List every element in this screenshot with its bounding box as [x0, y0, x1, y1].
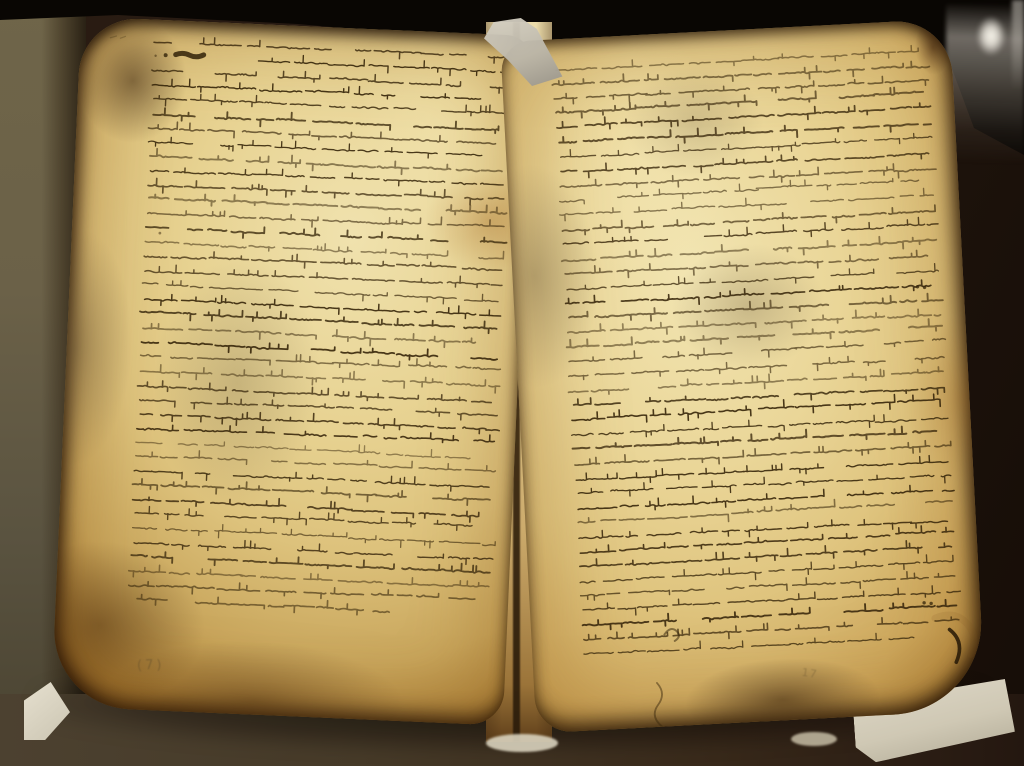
support-peek-bottom-right — [791, 732, 837, 746]
text-line — [154, 35, 512, 64]
text-line — [142, 279, 498, 307]
text-line — [562, 204, 935, 237]
text-line — [145, 236, 504, 262]
text-line — [132, 477, 490, 507]
text-line — [567, 263, 939, 295]
text-line — [137, 592, 390, 616]
text-line — [128, 564, 489, 592]
text-line — [569, 292, 943, 325]
ink-mark — [922, 601, 926, 605]
text-line — [258, 54, 511, 78]
left-page-handwritten-text — [51, 16, 533, 725]
ink-mark — [176, 53, 204, 57]
text-line — [575, 438, 952, 472]
support-peek-gutter-bottom — [486, 734, 558, 752]
right-folio-pencil-mark: 17 — [801, 666, 819, 681]
ink-mark — [950, 629, 961, 662]
light-reflection-spot — [976, 16, 1006, 56]
left-folio-pencil-mark: (7) — [137, 658, 165, 674]
ink-mark — [158, 232, 161, 235]
text-line — [136, 448, 496, 475]
ink-mark — [653, 683, 668, 734]
text-line — [579, 539, 951, 572]
text-line — [582, 599, 956, 631]
text-line — [137, 380, 491, 406]
text-line — [559, 116, 931, 149]
text-line — [578, 467, 951, 502]
text-line — [584, 630, 914, 656]
text-line — [154, 91, 512, 121]
text-line — [129, 578, 476, 606]
ink-mark — [110, 36, 125, 39]
text-line — [139, 394, 497, 422]
text-line — [584, 613, 960, 646]
text-line — [579, 512, 948, 545]
text-line — [140, 347, 500, 375]
ink-mark — [929, 602, 933, 606]
text-line — [148, 135, 482, 162]
text-line — [568, 351, 944, 383]
text-line — [140, 406, 500, 437]
text-line — [152, 65, 513, 94]
text-line — [148, 121, 496, 149]
text-line — [149, 191, 507, 219]
text-line — [583, 584, 961, 617]
left-page: (7) — [51, 16, 533, 725]
ink-mark — [164, 53, 168, 57]
text-line — [556, 86, 924, 119]
text-line — [568, 365, 943, 399]
text-line — [569, 335, 946, 368]
text-line — [561, 146, 929, 179]
text-line — [150, 164, 503, 191]
text-line — [561, 234, 936, 268]
ink-mark — [154, 54, 157, 57]
text-line — [565, 248, 928, 281]
manuscript-photo: (7) 17 — [0, 0, 1024, 766]
edge-reflection-streak — [1012, 0, 1024, 90]
text-line — [580, 554, 954, 589]
right-page: 17 — [500, 19, 986, 734]
text-line — [559, 188, 933, 221]
text-line — [148, 177, 504, 208]
text-line — [560, 131, 932, 164]
text-line — [135, 505, 472, 533]
text-line — [132, 492, 479, 522]
text-line — [578, 482, 955, 514]
text-line — [556, 45, 919, 75]
right-page-handwritten-text — [500, 19, 986, 734]
text-line — [565, 278, 931, 311]
text-line — [560, 161, 936, 195]
text-line — [134, 536, 493, 566]
text-line — [552, 58, 930, 92]
text-line — [580, 569, 955, 603]
text-line — [568, 306, 941, 340]
text-line — [576, 454, 948, 486]
text-line — [144, 292, 501, 321]
text-line — [571, 410, 948, 443]
text-line — [137, 420, 495, 445]
